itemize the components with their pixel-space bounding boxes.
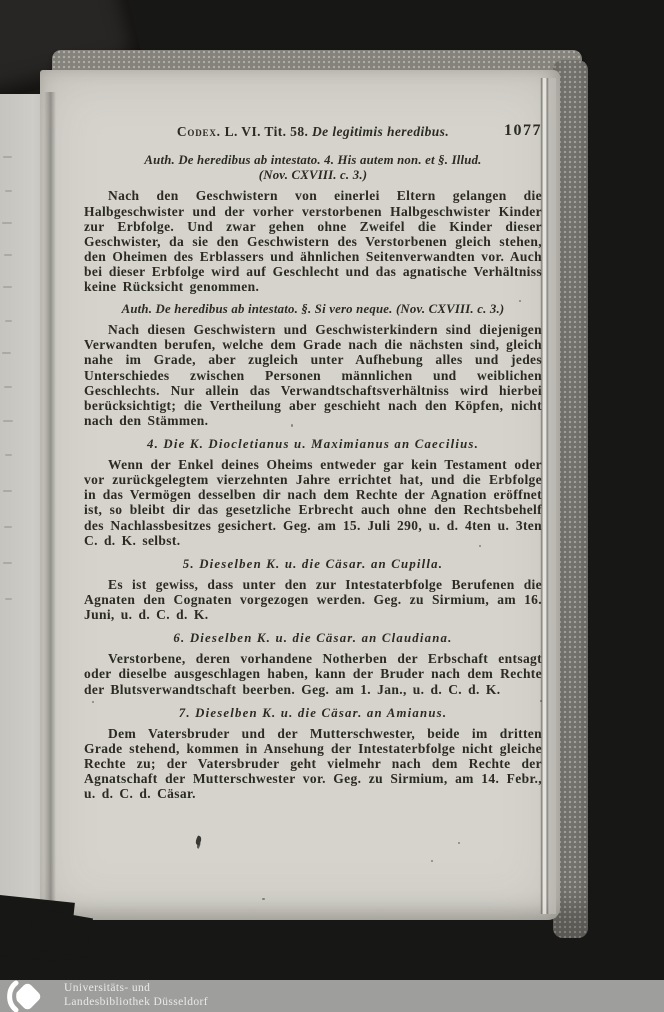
bleedthrough-mark bbox=[2, 222, 12, 224]
ink-speck bbox=[291, 424, 293, 427]
section-body: Nach diesen Geschwistern und Geschwister… bbox=[84, 322, 542, 428]
section-heading-7: 7. Dieselben K. u. die Cäsar. an Amianus… bbox=[84, 706, 542, 721]
bleedthrough-mark bbox=[3, 156, 12, 158]
section-heading-auth-2: Auth. De heredibus ab intestato. §. Si v… bbox=[84, 302, 542, 317]
ink-speck bbox=[352, 131, 354, 133]
bleedthrough-mark bbox=[3, 420, 13, 422]
bleedthrough-mark bbox=[3, 286, 12, 288]
section-heading-6: 6. Dieselben K. u. die Cäsar. an Claudia… bbox=[84, 631, 542, 646]
codex-label: Codex. bbox=[177, 124, 221, 139]
ulb-duesseldorf-logo-icon bbox=[5, 978, 43, 1012]
section-body: Verstorbene, deren vorhandene Notherben … bbox=[84, 651, 542, 696]
page-number: 1077 bbox=[504, 122, 542, 140]
section-body: Nach den Geschwistern von einerlei Elter… bbox=[84, 188, 542, 294]
ink-speck bbox=[149, 479, 151, 481]
library-name-line1: Universitäts- und bbox=[64, 982, 208, 996]
section-body: Dem Vatersbruder und der Mutterschwester… bbox=[84, 726, 542, 801]
gutter-crease bbox=[44, 92, 56, 910]
ink-speck bbox=[458, 842, 460, 844]
library-banner: Universitäts- und Landesbibliothek Düsse… bbox=[0, 980, 664, 1012]
section-heading-auth-1: Auth. De heredibus ab intestato. 4. His … bbox=[84, 153, 542, 183]
bleedthrough-mark bbox=[4, 386, 12, 388]
section-heading-5: 5. Dieselben K. u. die Cäsar. an Cupilla… bbox=[84, 557, 542, 572]
bleedthrough-mark bbox=[3, 562, 12, 564]
section-heading-4: 4. Die K. Diocletianus u. Maximianus an … bbox=[84, 437, 542, 452]
page-text-block: Codex. L. VI. Tit. 58. De legitimis here… bbox=[84, 124, 542, 804]
bleedthrough-mark bbox=[4, 526, 12, 528]
bleedthrough-mark bbox=[2, 352, 11, 354]
ink-speck bbox=[431, 860, 433, 862]
ink-speck bbox=[519, 300, 521, 302]
ink-speck bbox=[92, 701, 94, 703]
chapter-title: De legitimis heredibus. bbox=[312, 124, 449, 139]
library-name: Universitäts- und Landesbibliothek Düsse… bbox=[64, 982, 208, 1009]
bleedthrough-mark bbox=[5, 598, 12, 600]
bleedthrough-mark bbox=[3, 490, 12, 492]
bleedthrough-mark bbox=[4, 254, 12, 256]
section-body: Es ist gewiss, dass unter den zur Intest… bbox=[84, 577, 542, 622]
codex-reference: L. VI. Tit. 58. bbox=[225, 124, 309, 139]
bleedthrough-mark bbox=[5, 454, 12, 456]
library-name-line2: Landesbibliothek Düsseldorf bbox=[64, 996, 208, 1010]
bleedthrough-mark bbox=[5, 190, 12, 192]
section-body: Wenn der Enkel deines Oheims entweder ga… bbox=[84, 457, 542, 548]
ink-speck bbox=[262, 898, 265, 900]
running-head: Codex. L. VI. Tit. 58. De legitimis here… bbox=[84, 124, 542, 140]
bleedthrough-mark bbox=[5, 320, 12, 322]
ink-speck bbox=[540, 700, 542, 702]
book-photograph: Codex. L. VI. Tit. 58. De legitimis here… bbox=[0, 0, 664, 1012]
ink-speck bbox=[479, 545, 481, 547]
